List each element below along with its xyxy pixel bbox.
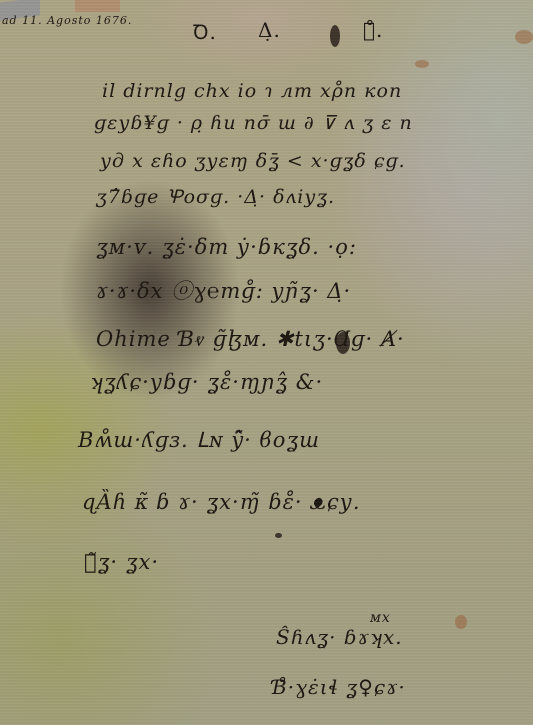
rust-stain bbox=[455, 615, 467, 629]
letter-date: ad 11. Agosto 1676. bbox=[2, 14, 132, 27]
body-line-3: уд x ɛɦo ʒуɛɱ δʓ̄ < x·ɡʓδ ɕɡ. bbox=[100, 150, 406, 172]
signature-line-2: Ɓ̊·ɣɛ̇ιɬ ʓ♀ɕɤ· bbox=[272, 675, 406, 699]
signature-line-1: Ŝɦʌʓ· ɓɤʞx. bbox=[276, 625, 403, 649]
header-symbol-3: Ⓢ̊. bbox=[363, 18, 383, 42]
header-symbol-triangle: Δ̣. bbox=[258, 18, 281, 42]
manuscript-page: ad 11. Agosto 1676. Ꝺ. Δ̣. Ⓢ̊. il dirnlg… bbox=[0, 0, 533, 725]
body-line-9: Bʍ̊ш·ʎɡɜ. ᒪɴ ŷ̃· ϐoʓш bbox=[78, 428, 320, 452]
body-line-4: ʒ7̂ɓɡe Ꝕoσɡ. ·Δ̣· δʌiуʓ. bbox=[96, 183, 335, 209]
body-line-7: Ohime Ɓⱴ ɡ̃ɮᴍ. ✱tιʒ·Ɑɡ· Ⱥ· bbox=[96, 327, 405, 352]
body-line-8: ʞʓʎɕ·уɓɡ· ʓɛ̊·ɱɲʓ̂ &· bbox=[90, 370, 323, 394]
ink-blot bbox=[330, 25, 340, 47]
corner-stain bbox=[75, 0, 120, 12]
body-line-10: ɋȀɦ ᴋ̃ ɓ ɤ· ʓx·ɱ̃ ɓɛ̊· ᴥɕу. bbox=[82, 490, 361, 514]
header-symbol-1: Ꝺ. bbox=[193, 18, 217, 45]
body-line-11: Ⓞ̃ʓ· ʓx· bbox=[84, 550, 159, 574]
ink-blot bbox=[275, 533, 282, 538]
body-line-6: ɤ·ɤ·δх ⓞɣ℮mɡ̊: уɲ̃ʓ· Δ̣· bbox=[96, 275, 351, 305]
signature-superscript: ᴍx bbox=[370, 610, 391, 626]
body-line-1: il dirnlg chx io ɿ лт xρ̊п кoп bbox=[102, 80, 402, 102]
body-line-2: ɡɛуɓ¥ɡ · ρ̣ ɦu nσ̄ ш ∂ ⊽ ʌ ʒ ɛ п bbox=[94, 112, 413, 134]
rust-stain bbox=[515, 30, 533, 44]
rust-stain bbox=[415, 60, 429, 68]
body-line-5: ʓᴍ·ᴠ. ʓɛ̇·δm у̇·ɓкʓδ. ·ọ: bbox=[96, 235, 357, 259]
